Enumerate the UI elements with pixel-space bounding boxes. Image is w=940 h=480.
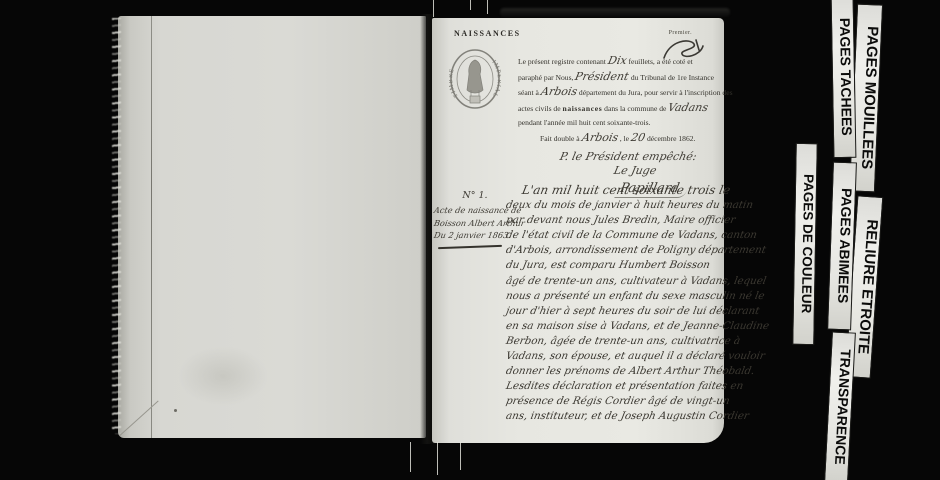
act-body-line: présence de Régis Cordier âgé de vingt-u… (505, 394, 746, 409)
act-body-line: par devant nous Jules Bredin, Maire offi… (505, 213, 746, 228)
left-page (118, 16, 426, 438)
act-body-line: en sa maison sise à Vadans, et de Jeanne… (505, 319, 746, 334)
film-scratch (410, 442, 411, 472)
film-scratch (487, 0, 488, 14)
handwritten-fill: Dix (606, 54, 628, 69)
fold-line (151, 16, 152, 438)
certificate-line: actes civils de naissances dans la commu… (518, 101, 732, 117)
act-body-line: Vadans, son épouse, et auquel il a décla… (505, 349, 746, 364)
film-scratch (437, 442, 438, 475)
act-body-line: Lesdites déclaration et présentation fai… (505, 379, 746, 394)
act-body-line: L'an mil huit cent soixante trois le (505, 183, 746, 198)
section-header: NAISSANCES (454, 29, 521, 38)
imperial-stamp: TIMBRE IMPERIAL (449, 46, 501, 110)
handwritten-fill: Président (574, 70, 630, 85)
certificate-line: Le présent registre contenantDixfeuillet… (518, 54, 732, 70)
film-smudge (500, 8, 730, 17)
handwritten-fill: 20 (629, 131, 646, 146)
margin-underline (438, 244, 502, 248)
act-body-line: ans, instituteur, et de Joseph Augustin … (505, 409, 746, 424)
marker-pages-tachees: PAGES TACHEES (831, 0, 857, 158)
certificate-line: paraphé par Nous,Présidentdu Tribunal de… (518, 70, 732, 86)
act-body-line: âgé de trente-un ans, cultivateur à Vada… (505, 274, 746, 289)
film-scratch (460, 442, 461, 470)
act-body-line: du Jura, est comparu Humbert Boisson (505, 258, 746, 273)
certificate-line: pendant l'année mil huit cent soixante-t… (518, 116, 732, 131)
handwritten-fill: Arbois (580, 131, 619, 146)
corner-crease (119, 400, 158, 436)
act-body-text: L'an mil huit cent soixante trois le deu… (506, 183, 744, 425)
register-certificate: Le présent registre contenantDixfeuillet… (518, 54, 732, 198)
handwritten-fill: Arbois (539, 85, 578, 100)
film-scratch (470, 0, 471, 10)
handwritten-fill: Vadans (667, 101, 710, 116)
act-body-line: jour d'hier à sept heures du soir de lui… (505, 304, 746, 319)
act-body-line: d'Arbois, arrondissement de Poligny dépa… (505, 243, 746, 258)
marker-pages-de-couleur: PAGES DE COULEUR (792, 143, 818, 345)
deckle-edge (112, 18, 121, 434)
act-body-line: Berbon, âgée de trente-un ans, cultivatr… (505, 334, 746, 349)
act-body-line: nous a présenté un enfant du sexe mascul… (505, 289, 746, 304)
certificate-line: Fait double àArbois, le20décembre 1862. (540, 131, 732, 147)
judge-note: Le Juge (613, 164, 734, 177)
act-margin-annotation: N° 1. Acte de naissance de Boisson Alber… (434, 190, 516, 248)
president-note: P. le Président empêché: (559, 150, 734, 163)
certificate-line: séant àArboisdépartement du Jura, pour s… (518, 85, 732, 101)
act-body-line: donner les prénoms de Albert Arthur Théo… (505, 364, 746, 379)
paper-speck (174, 409, 177, 412)
act-body-line: deux du mois de janvier à huit heures du… (505, 198, 746, 213)
right-page: NAISSANCES Premier. TIMBRE IMPERIAL L (432, 18, 724, 443)
paper-stain (178, 346, 268, 406)
act-number: N° 1. (434, 190, 516, 201)
microfilm-scan: NAISSANCES Premier. TIMBRE IMPERIAL L (0, 0, 940, 480)
film-scratch (433, 0, 434, 17)
act-body-line: de l'état civil de la Commune de Vadans,… (505, 228, 746, 243)
marker-transparence: TRANSPARENCE (824, 331, 856, 480)
